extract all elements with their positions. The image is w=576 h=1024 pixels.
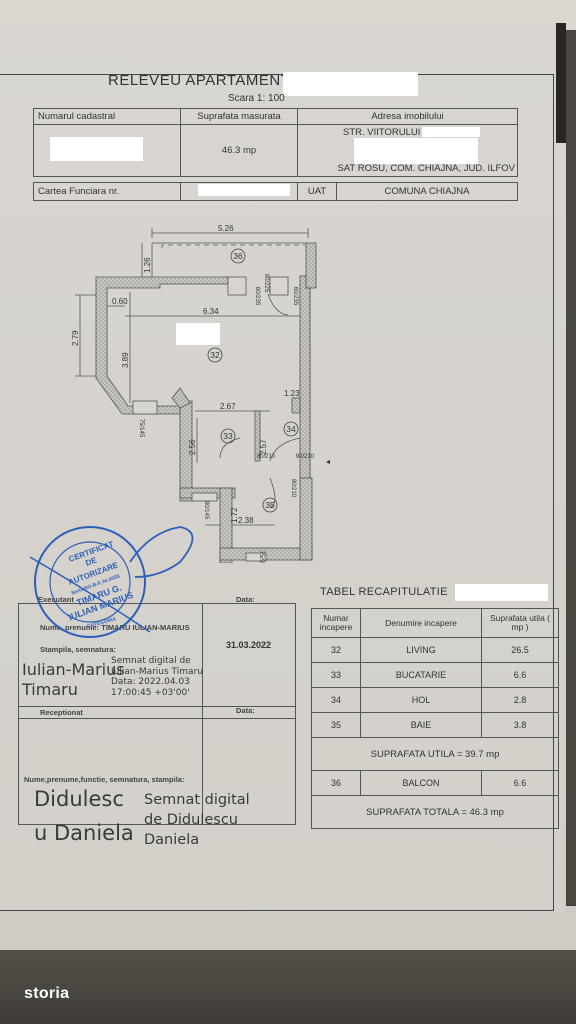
dim-123: 1.23 [284, 389, 300, 398]
executant-signer-1: Iulian-Marius [22, 660, 125, 679]
dim-kitchen-depth: 2.56 [188, 439, 197, 455]
room-33: 33 [223, 431, 233, 441]
row-divider-2 [19, 718, 295, 719]
opening-4: 75/145 [138, 419, 144, 438]
carte-label: Cartea Funciara nr. [34, 183, 181, 201]
background-surface [0, 950, 576, 1024]
redacted-address-2 [354, 138, 478, 164]
scale-label: Scara 1: 100 [228, 93, 285, 104]
recap-title: TABEL RECAPITULATIE [320, 586, 448, 598]
opening-5: 90/145 [203, 501, 209, 520]
executant-signer-2: Timaru [22, 680, 78, 699]
receptionat-label: Receptionat [40, 708, 83, 717]
entrance-arrow-icon [326, 456, 330, 468]
opening-2: 80/225 [263, 274, 269, 293]
surface-value: 46.3 mp [181, 125, 298, 177]
authorization-stamp: CERTIFICAT DE AUTORIZARE Seria RO-B-F, N… [30, 522, 200, 647]
storia-watermark: storia [24, 985, 69, 1003]
total-row: SUPRAFATA TOTALA = 46.3 mp [312, 796, 559, 829]
dim-living-width: 6.34 [203, 307, 219, 316]
table-row: 34 HOL 2.8 [312, 688, 559, 713]
opening-6: 80/210 [257, 454, 276, 460]
dim-389: 3.89 [121, 352, 130, 368]
dim-balcony-width: 5.26 [218, 224, 234, 233]
header-cadastral: Numarul cadastral [34, 109, 181, 125]
executant-date: 31.03.2022 [226, 640, 271, 650]
receptionat-date-label: Data: [236, 706, 255, 715]
opening-8: 80/210 [290, 479, 296, 498]
document-title: RELEVEU APARTAMENT [108, 72, 290, 89]
address-street: STR. VIITORULUI [343, 127, 420, 138]
redacted-address-1 [422, 127, 480, 137]
dim-hall: 2.57 [259, 439, 268, 455]
table-row: 32 LIVING 26.5 [312, 638, 559, 663]
subtotal-row: SUPRAFATA UTILA = 39.7 mp [312, 738, 559, 771]
table-row: 36 BALCON 6.6 [312, 771, 559, 796]
room-32: 32 [210, 350, 220, 360]
uat-label: UAT [298, 183, 337, 201]
svg-text:CATEGORIA: CATEGORIA [87, 616, 118, 630]
redacted-plan [176, 323, 220, 345]
receptionat-name-label: Nume,prenume,functie, semnatura, stampil… [24, 775, 184, 784]
recap-header-name: Denumire incapere [361, 609, 482, 638]
table-row: 33 BUCATARIE 6.6 [312, 663, 559, 688]
dim-bath-width: 2.38 [238, 516, 254, 525]
header-surface: Suprafata masurata [181, 109, 298, 125]
receptionat-signer-2: u Daniela [34, 821, 134, 845]
room-36: 36 [233, 251, 243, 261]
opening-9: 75/55 [258, 550, 264, 563]
dim-kitchen-width: 2.67 [220, 402, 236, 411]
room-35: 35 [265, 500, 275, 510]
header-address: Adresa imobilului [298, 109, 518, 125]
dim-balcony-depth: 1.26 [143, 257, 152, 273]
opening-7: 90/210 [296, 454, 315, 460]
opening-3: 60/235 [292, 287, 298, 306]
page-edge [556, 23, 566, 143]
receptionat-digital-sig: Semnat digital de Didulescu Daniela [144, 790, 250, 850]
redacted-carte [198, 184, 290, 196]
opening-1: 60/235 [254, 287, 260, 306]
recap-table: Numar incapere Denumire incapere Suprafa… [311, 608, 559, 829]
receptionat-signer-1: Didulesc [34, 787, 124, 811]
executant-digital-sig: Semnat digital de Iulian-Marius Timaru D… [111, 656, 203, 698]
floor-plan: 5.26 1.26 0.60 6.34 2.79 3.89 1.23 2.67 … [70, 218, 330, 563]
dim-279: 2.79 [71, 330, 80, 346]
recap-header-no: Numar incapere [312, 609, 361, 638]
dim-060: 0.60 [112, 297, 128, 306]
uat-value: COMUNA CHIAJNA [337, 183, 518, 201]
room-34: 34 [286, 424, 296, 434]
redacted-cadastral [50, 137, 143, 161]
recap-header-area: Suprafata utila ( mp ) [482, 609, 559, 638]
address-locality: SAT ROSU, COM. CHIAJNA, JUD. ILFOV [300, 163, 515, 174]
redacted-recap [455, 584, 548, 601]
table-row: 35 BAIE 3.8 [312, 713, 559, 738]
redacted-title [283, 72, 418, 96]
